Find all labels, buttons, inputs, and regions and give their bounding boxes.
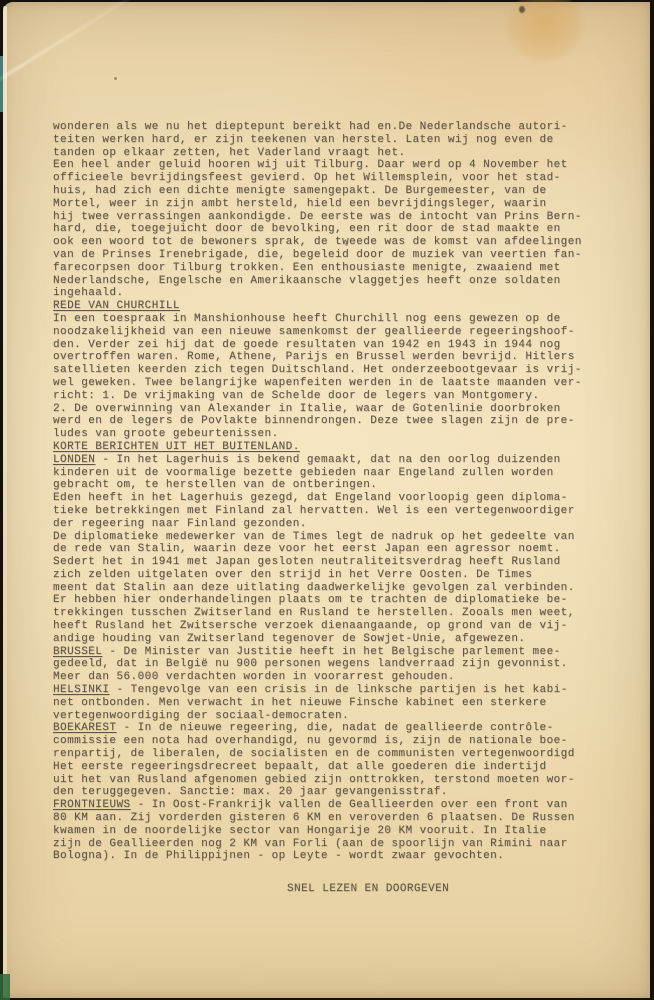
text-line: net ontbonden. Men verwacht in het nieuw… xyxy=(53,697,583,710)
text-line: satellieten keerden zich tegen Duitschla… xyxy=(53,364,583,377)
text-line: trekkingen tusschen Zwitserland en Rusla… xyxy=(53,607,583,620)
text-line: Nederlandsche, Engelsche en Amerikaansch… xyxy=(53,275,583,288)
text-line: tieke betrekkingen met Finland zal herva… xyxy=(53,505,583,518)
text-line: Eden heeft in het Lagerhuis gezegd, dat … xyxy=(53,492,583,505)
text-line: LONDEN - In het Lagerhuis is bekend gema… xyxy=(53,454,583,467)
section-label: HELSINKI xyxy=(53,684,109,696)
text-line: ingehaald. xyxy=(53,287,583,300)
text-line: gebracht om, te herstellen van de ontber… xyxy=(53,479,583,492)
ink-speck xyxy=(519,6,525,13)
text-line: noodzakelijkheid van een nieuwe samenkom… xyxy=(53,326,583,339)
text-line: Meer dan 56.000 verdachten worden in voo… xyxy=(53,671,583,684)
text-line: der regeering naar Finland gezonden. xyxy=(53,518,583,531)
text-line: andige houding van Zwitserland tegenover… xyxy=(53,633,583,646)
ink-speck xyxy=(114,77,117,80)
text-line: 80 KM aan. Zij vorderden gisteren 6 KM e… xyxy=(53,812,583,825)
text-line: wel geweken. Twee belangrijke wapenfeite… xyxy=(53,377,583,390)
text-line: hij twee verrassingen aankondigde. De ee… xyxy=(53,211,583,224)
text-line: BOEKAREST - In de nieuwe regeering, die,… xyxy=(53,722,583,735)
text-line: farecorpsen door Tilburg trokken. Een en… xyxy=(53,262,583,275)
section-header-line: KORTE BERICHTEN UIT HET BUITENLAND. xyxy=(53,441,583,454)
text-line: FRONTNIEUWS - In Oost-Frankrijk vallen d… xyxy=(53,799,583,812)
text-line: BRUSSEL - De Minister van Justitie heeft… xyxy=(53,646,583,659)
text-line: Bologna). In de Philippijnen - op Leyte … xyxy=(53,850,583,863)
text-line: zijn de Geallieerden nog 2 KM van Forli … xyxy=(53,838,583,851)
text-line: HELSINKI - Tengevolge van een crisis in … xyxy=(53,684,583,697)
text-line: richt: 1. De vrijmaking van de Schelde d… xyxy=(53,390,583,403)
text-line: den. Verder zei hij dat de goede resulta… xyxy=(53,339,583,352)
text-line: hard, die, toegejuicht door de bevolking… xyxy=(53,223,583,236)
text-line: tanden op elkaar zetten, het Vaderland v… xyxy=(53,147,583,160)
text-line: renpartij, de liberalen, de socialisten … xyxy=(53,748,583,761)
text-line: van de Prinses Irenebrigade, die, begele… xyxy=(53,249,583,262)
section-label: LONDEN xyxy=(53,454,95,466)
text-line: Er hebben hier onderhandelingen plaats o… xyxy=(53,594,583,607)
text-line: Mortel, weer in zijn ambt hersteld, hiel… xyxy=(53,198,583,211)
scan-artifact-teal xyxy=(0,56,3,112)
text-line: Een heel ander geluid hooren wij uit Til… xyxy=(53,159,583,172)
paper-crease xyxy=(0,0,159,88)
footer-slogan: SNEL LEZEN EN DOORGEVEN xyxy=(287,883,449,895)
section-label: FRONTNIEUWS xyxy=(53,799,131,811)
text-line: 2. De overwinning van Alexander in Itali… xyxy=(53,403,583,416)
scan-artifact-green xyxy=(0,974,10,1000)
text-line: Sedert het in 1941 met Japan gesloten ne… xyxy=(53,556,583,569)
text-line: officieele bevrijdingsfeest gevierd. Op … xyxy=(53,172,583,185)
text-line: ludes van groote gebeurtenissen. xyxy=(53,428,583,441)
text-line: commissie een nota had overhandigd, nu g… xyxy=(53,735,583,748)
section-header-line: REDE VAN CHURCHILL xyxy=(53,300,583,313)
text-line: ook een woord tot de bewoners sprak, de … xyxy=(53,236,583,249)
text-line: meent dat Stalin aan deze uitlating daad… xyxy=(53,582,583,595)
text-line: In een toespraak in Manshionhouse heeft … xyxy=(53,313,583,326)
section-label: BRUSSEL xyxy=(53,646,102,658)
text-line: kinderen uit de voormalige bezette gebie… xyxy=(53,467,583,480)
text-line: heeft Rusland het Zwitsersche verzoek di… xyxy=(53,620,583,633)
text-line: gedeeld, dat in België nu 900 personen w… xyxy=(53,658,583,671)
text-line: de rede van Stalin, waarin deze voor het… xyxy=(53,543,583,556)
text-line: teiten werken hard, er zijn teekenen van… xyxy=(53,134,583,147)
text-line: uit het van Rusland afgenomen gebied zij… xyxy=(53,774,583,787)
text-line: kwamen in de noordelijke sector van Hong… xyxy=(53,825,583,838)
text-line: den teruggegeven. Sanctie: max. 20 jaar … xyxy=(53,786,583,799)
section-label: BOEKAREST xyxy=(53,722,116,734)
text-line: wonderen als we nu het dieptepunt bereik… xyxy=(53,121,583,134)
text-line: huis, had zich een dichte menigte sameng… xyxy=(53,185,583,198)
paper-edge-highlight xyxy=(3,6,7,996)
text-line: zich zelden uitgelaten over den strijd i… xyxy=(53,569,583,582)
text-line: Het eerste regeeringsdrecreet bepaalt, d… xyxy=(53,761,583,774)
text-line: overtroffen waren. Rome, Athene, Parijs … xyxy=(53,351,583,364)
document-text: wonderen als we nu het dieptepunt bereik… xyxy=(53,121,583,863)
text-line: werd en de legers de Povlakte binnendron… xyxy=(53,415,583,428)
text-line: vertegenwoordiging der sociaal-democrate… xyxy=(53,710,583,723)
text-line: De diplomatieke medewerker van de Times … xyxy=(53,531,583,544)
